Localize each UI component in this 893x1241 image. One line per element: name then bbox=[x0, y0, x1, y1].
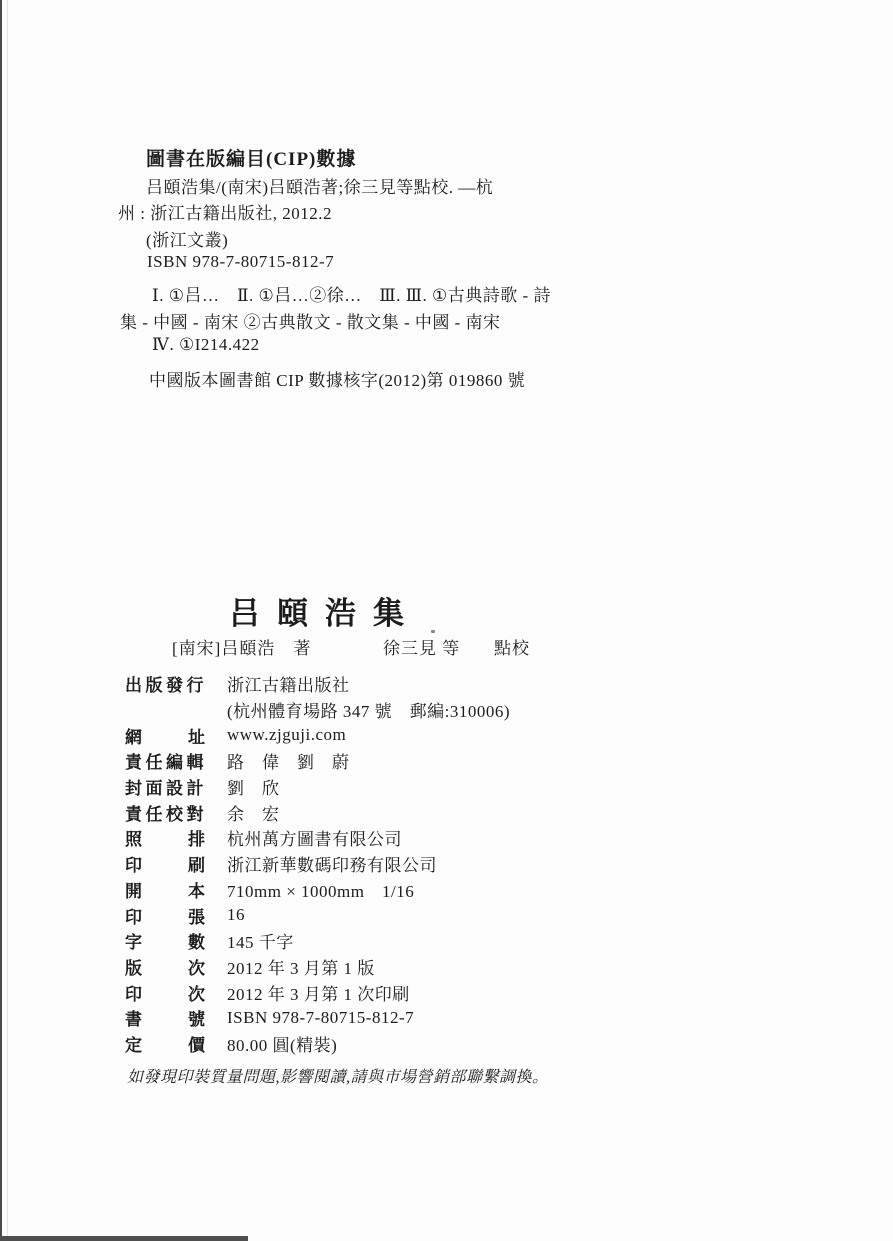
colophon-row-value: ISBN 978-7-80715-812-7 bbox=[227, 1008, 414, 1028]
colophon-row-label: 出版發行 bbox=[125, 671, 209, 696]
scan-left-edge-line bbox=[0, 0, 2, 1241]
colophon-row: 網址www.zjguji.com bbox=[125, 722, 510, 748]
colophon-row-value: 16 bbox=[227, 905, 245, 925]
colophon-row-label: 封面設計 bbox=[125, 774, 209, 799]
cip-record-number: 中國版本圖書館 CIP 數據核字(2012)第 019860 號 bbox=[149, 366, 525, 391]
cip-series-note: (浙江文叢) bbox=[146, 226, 228, 251]
colophon-row-value: (杭州體育場路 347 號 郵編:310006) bbox=[227, 697, 510, 722]
colophon-row-label: 字數 bbox=[125, 928, 209, 953]
colophon-row: 印張16 bbox=[125, 902, 510, 928]
colophon-row-value: 80.00 圓(精裝) bbox=[227, 1031, 337, 1056]
colophon-row-label: 開本 bbox=[125, 877, 209, 902]
colophon-row-value: 浙江古籍出版社 bbox=[227, 671, 350, 696]
colophon-row: (杭州體育場路 347 號 郵編:310006) bbox=[125, 697, 510, 723]
byline-editor: 徐三見 等 bbox=[383, 634, 460, 659]
colophon-row-value: 145 千字 bbox=[227, 928, 294, 953]
scanned-book-page: 圖書在版編目(CIP)數據 吕頤浩集/(南宋)吕頤浩著;徐三見等點校. —杭 州… bbox=[0, 0, 893, 1241]
colophon-row: 責任校對余 宏 bbox=[125, 799, 510, 825]
colophon-row: 印次2012 年 3 月第 1 次印刷 bbox=[125, 979, 510, 1005]
colophon-row-value: 路 偉 劉 蔚 bbox=[227, 748, 350, 773]
colophon-row-label: 定價 bbox=[125, 1031, 209, 1056]
colophon-row-value: 余 宏 bbox=[227, 800, 280, 825]
colophon-row-label: 書號 bbox=[125, 1005, 209, 1030]
cip-classification-line2: 集 - 中國 - 南宋 ②古典散文 - 散文集 - 中國 - 南宋 bbox=[120, 308, 501, 333]
colophon-row-label: 印刷 bbox=[125, 851, 209, 876]
cip-heading: 圖書在版編目(CIP)數據 bbox=[146, 144, 356, 171]
colophon-row: 字數145 千字 bbox=[125, 928, 510, 954]
colophon-row: 定價80.00 圓(精裝) bbox=[125, 1031, 510, 1057]
colophon-row-value: www.zjguji.com bbox=[227, 725, 346, 745]
colophon-row: 開本710mm × 1000mm 1/16 bbox=[125, 877, 510, 903]
colophon-row-label: 網址 bbox=[125, 723, 209, 748]
cip-title-statement-line2: 州 : 浙江古籍出版社, 2012.2 bbox=[118, 199, 332, 224]
byline-author: [南宋]吕頤浩 著 bbox=[172, 634, 311, 659]
colophon-table: 出版發行浙江古籍出版社(杭州體育場路 347 號 郵編:310006)網址www… bbox=[125, 671, 510, 1056]
colophon-row-value: 2012 年 3 月第 1 次印刷 bbox=[227, 980, 410, 1005]
colophon-row-value: 2012 年 3 月第 1 版 bbox=[227, 954, 375, 979]
cip-classification-line1: Ⅰ. ①吕… Ⅱ. ①吕…②徐… Ⅲ. Ⅲ. ①古典詩歌 - 詩 bbox=[152, 281, 551, 306]
colophon-row: 照排杭州萬方圖書有限公司 bbox=[125, 825, 510, 851]
cip-title-statement-line1: 吕頤浩集/(南宋)吕頤浩著;徐三見等點校. —杭 bbox=[146, 173, 493, 198]
colophon-row: 出版發行浙江古籍出版社 bbox=[125, 671, 510, 697]
colophon-row-label: 責任校對 bbox=[125, 800, 209, 825]
colophon-row-value: 710mm × 1000mm 1/16 bbox=[227, 877, 414, 902]
scan-bottom-edge-line bbox=[0, 1236, 248, 1241]
cip-isbn: ISBN 978-7-80715-812-7 bbox=[147, 252, 334, 272]
colophon-row-label: 責任編輯 bbox=[125, 748, 209, 773]
byline-editor-role: 點校 bbox=[494, 634, 530, 659]
colophon-row-label: 印次 bbox=[125, 980, 209, 1005]
colophon-row: 版次2012 年 3 月第 1 版 bbox=[125, 954, 510, 980]
colophon-row-label: 版次 bbox=[125, 954, 209, 979]
cip-classification-line3: Ⅳ. ①I214.422 bbox=[152, 335, 260, 355]
colophon-row-value: 浙江新華數碼印務有限公司 bbox=[227, 851, 437, 876]
colophon-row: 印刷浙江新華數碼印務有限公司 bbox=[125, 851, 510, 877]
colophon-row-value: 杭州萬方圖書有限公司 bbox=[227, 825, 402, 850]
book-title: 吕頤浩集 bbox=[229, 588, 421, 633]
colophon-row: 封面設計劉 欣 bbox=[125, 774, 510, 800]
colophon-row-label: 印張 bbox=[125, 903, 209, 928]
colophon-row: 責任編輯路 偉 劉 蔚 bbox=[125, 748, 510, 774]
colophon-row-label: 照排 bbox=[125, 825, 209, 850]
quality-notice: 如發現印裝質量問題,影響閱讀,請與市場營銷部聯繫調換。 bbox=[127, 1064, 549, 1087]
scan-speck bbox=[431, 630, 435, 633]
colophon-row: 書號ISBN 978-7-80715-812-7 bbox=[125, 1005, 510, 1031]
scan-faint-fold-line bbox=[7, 0, 8, 1241]
colophon-row-value: 劉 欣 bbox=[227, 774, 280, 799]
